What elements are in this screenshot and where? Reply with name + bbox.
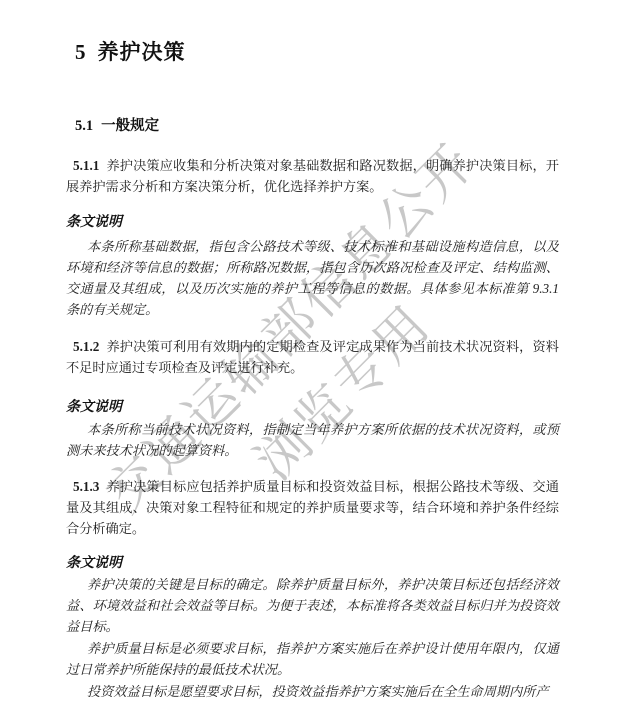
explanation-3-paragraph-1: 养护决策的关键是目标的确定。除养护质量目标外，养护决策目标还包括经济效益、环境效… <box>66 574 559 637</box>
explanation-label-1: 条文说明 <box>66 212 559 233</box>
explanation-1-paragraph-1: 本条所称基础数据，指包含公路技术等级、技术标准和基础设施构造信息，以及环境和经济… <box>66 236 559 320</box>
clause-5-1-1-text: 养护决策应收集和分析决策对象基础数据和路况数据，明确养护决策目标，开展养护需求分… <box>66 158 559 194</box>
explanation-3-paragraph-2: 养护质量目标是必须要求目标，指养护方案实施后在养护设计使用年限内，仅通过日常养护… <box>66 638 559 680</box>
page-content: 5养护决策 5.1一般规定 5.1.1养护决策应收集和分析决策对象基础数据和路况… <box>66 0 559 721</box>
clause-5-1-2-number: 5.1.2 <box>73 339 99 354</box>
clause-5-1-1-number: 5.1.1 <box>73 158 99 173</box>
section-number: 5.1 <box>75 118 93 134</box>
section-heading: 5.1一般规定 <box>75 117 559 135</box>
explanation-block-1: 本条所称基础数据，指包含公路技术等级、技术标准和基础设施构造信息，以及环境和经济… <box>66 236 559 321</box>
clause-5-1-3-text: 养护决策目标应包括养护质量目标和投资效益目标，根据公路技术等级、交通量及其组成、… <box>66 479 559 536</box>
clause-5-1-2-text: 养护决策可利用有效期内的定期检查及评定成果作为当前技术状况资料，资料不足时应通过… <box>66 339 559 375</box>
explanation-label-2: 条文说明 <box>66 397 559 418</box>
chapter-number: 5 <box>75 40 86 64</box>
chapter-heading: 5养护决策 <box>75 40 559 64</box>
clause-5-1-3: 5.1.3养护决策目标应包括养护质量目标和投资效益目标，根据公路技术等级、交通量… <box>66 476 559 539</box>
explanation-2-paragraph-1: 本条所称当前技术状况资料，指制定当年养护方案所依据的技术状况资料，或预测未来技术… <box>66 419 559 461</box>
clause-5-1-2: 5.1.2养护决策可利用有效期内的定期检查及评定成果作为当前技术状况资料，资料不… <box>66 336 559 378</box>
clause-5-1-3-number: 5.1.3 <box>73 479 99 494</box>
explanation-3-paragraph-3: 投资效益目标是愿望要求目标，投资效益指养护方案实施后在全生命周期内所产 <box>66 681 559 702</box>
section-title: 一般规定 <box>101 118 159 134</box>
clause-5-1-1: 5.1.1养护决策应收集和分析决策对象基础数据和路况数据，明确养护决策目标，开展… <box>66 155 559 197</box>
explanation-label-3: 条文说明 <box>66 553 559 574</box>
explanation-block-2: 本条所称当前技术状况资料，指制定当年养护方案所依据的技术状况资料，或预测未来技术… <box>66 419 559 462</box>
explanation-block-3: 养护决策的关键是目标的确定。除养护质量目标外，养护决策目标还包括经济效益、环境效… <box>66 574 559 703</box>
document-page: 交通运输部信息公开 浏览专用 5养护决策 5.1一般规定 5.1.1养护决策应收… <box>0 0 631 721</box>
chapter-title: 养护决策 <box>98 40 186 64</box>
